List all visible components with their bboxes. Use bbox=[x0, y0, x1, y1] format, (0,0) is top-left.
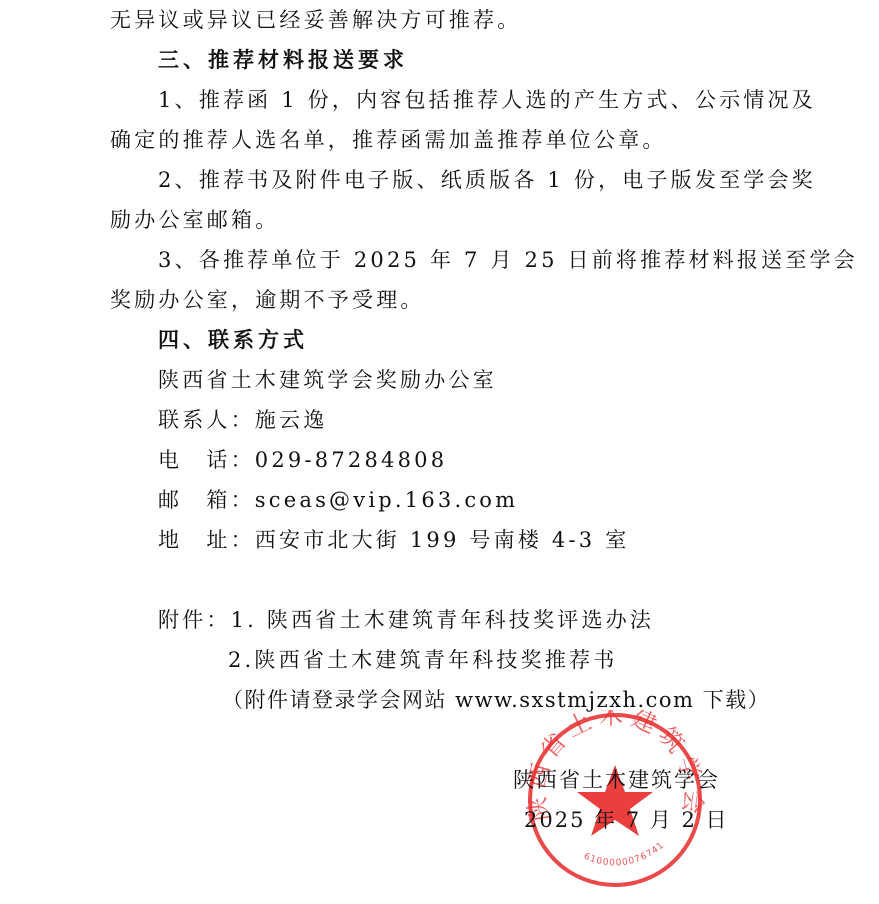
signature-date: 2025 年 7 月 2 日 bbox=[524, 800, 729, 840]
paragraph-text: 励办公室邮箱。 bbox=[110, 200, 279, 240]
paragraph-text: 奖励办公室，逾期不予受理。 bbox=[110, 280, 425, 320]
paragraph-text: 3、各推荐单位于 2025 年 7 月 25 日前将推荐材料报送至学会 bbox=[158, 240, 858, 280]
paragraph-text: 确定的推荐人选名单，推荐函需加盖推荐单位公章。 bbox=[110, 120, 667, 160]
paragraph-text: 2、推荐书及附件电子版、纸质版各 1 份，电子版发至学会奖 bbox=[158, 160, 816, 200]
contact-email: 邮 箱：sceas@vip.163.com bbox=[158, 480, 518, 520]
contact-person: 联系人：施云逸 bbox=[158, 400, 327, 440]
section-heading-4: 四、联系方式 bbox=[158, 320, 308, 360]
contact-address: 地 址：西安市北大街 199 号南楼 4-3 室 bbox=[158, 520, 629, 560]
attachment-item-1: 附件：1. 陕西省土木建筑青年科技奖评选办法 bbox=[158, 600, 654, 640]
attachment-item-2: 2.陕西省土木建筑青年科技奖推荐书 bbox=[228, 640, 617, 680]
signature-organization: 陕西省土木建筑学会 bbox=[513, 760, 720, 800]
svg-text:6100000076741: 6100000076741 bbox=[582, 840, 667, 868]
contact-office: 陕西省土木建筑学会奖励办公室 bbox=[158, 360, 497, 400]
paragraph-text: 无异议或异议已经妥善解决方可推荐。 bbox=[110, 0, 521, 40]
section-heading-3: 三、推荐材料报送要求 bbox=[158, 40, 408, 80]
contact-phone: 电 话：029-87284808 bbox=[158, 440, 447, 480]
paragraph-text: 1、推荐函 1 份，内容包括推荐人选的产生方式、公示情况及 bbox=[158, 80, 816, 120]
